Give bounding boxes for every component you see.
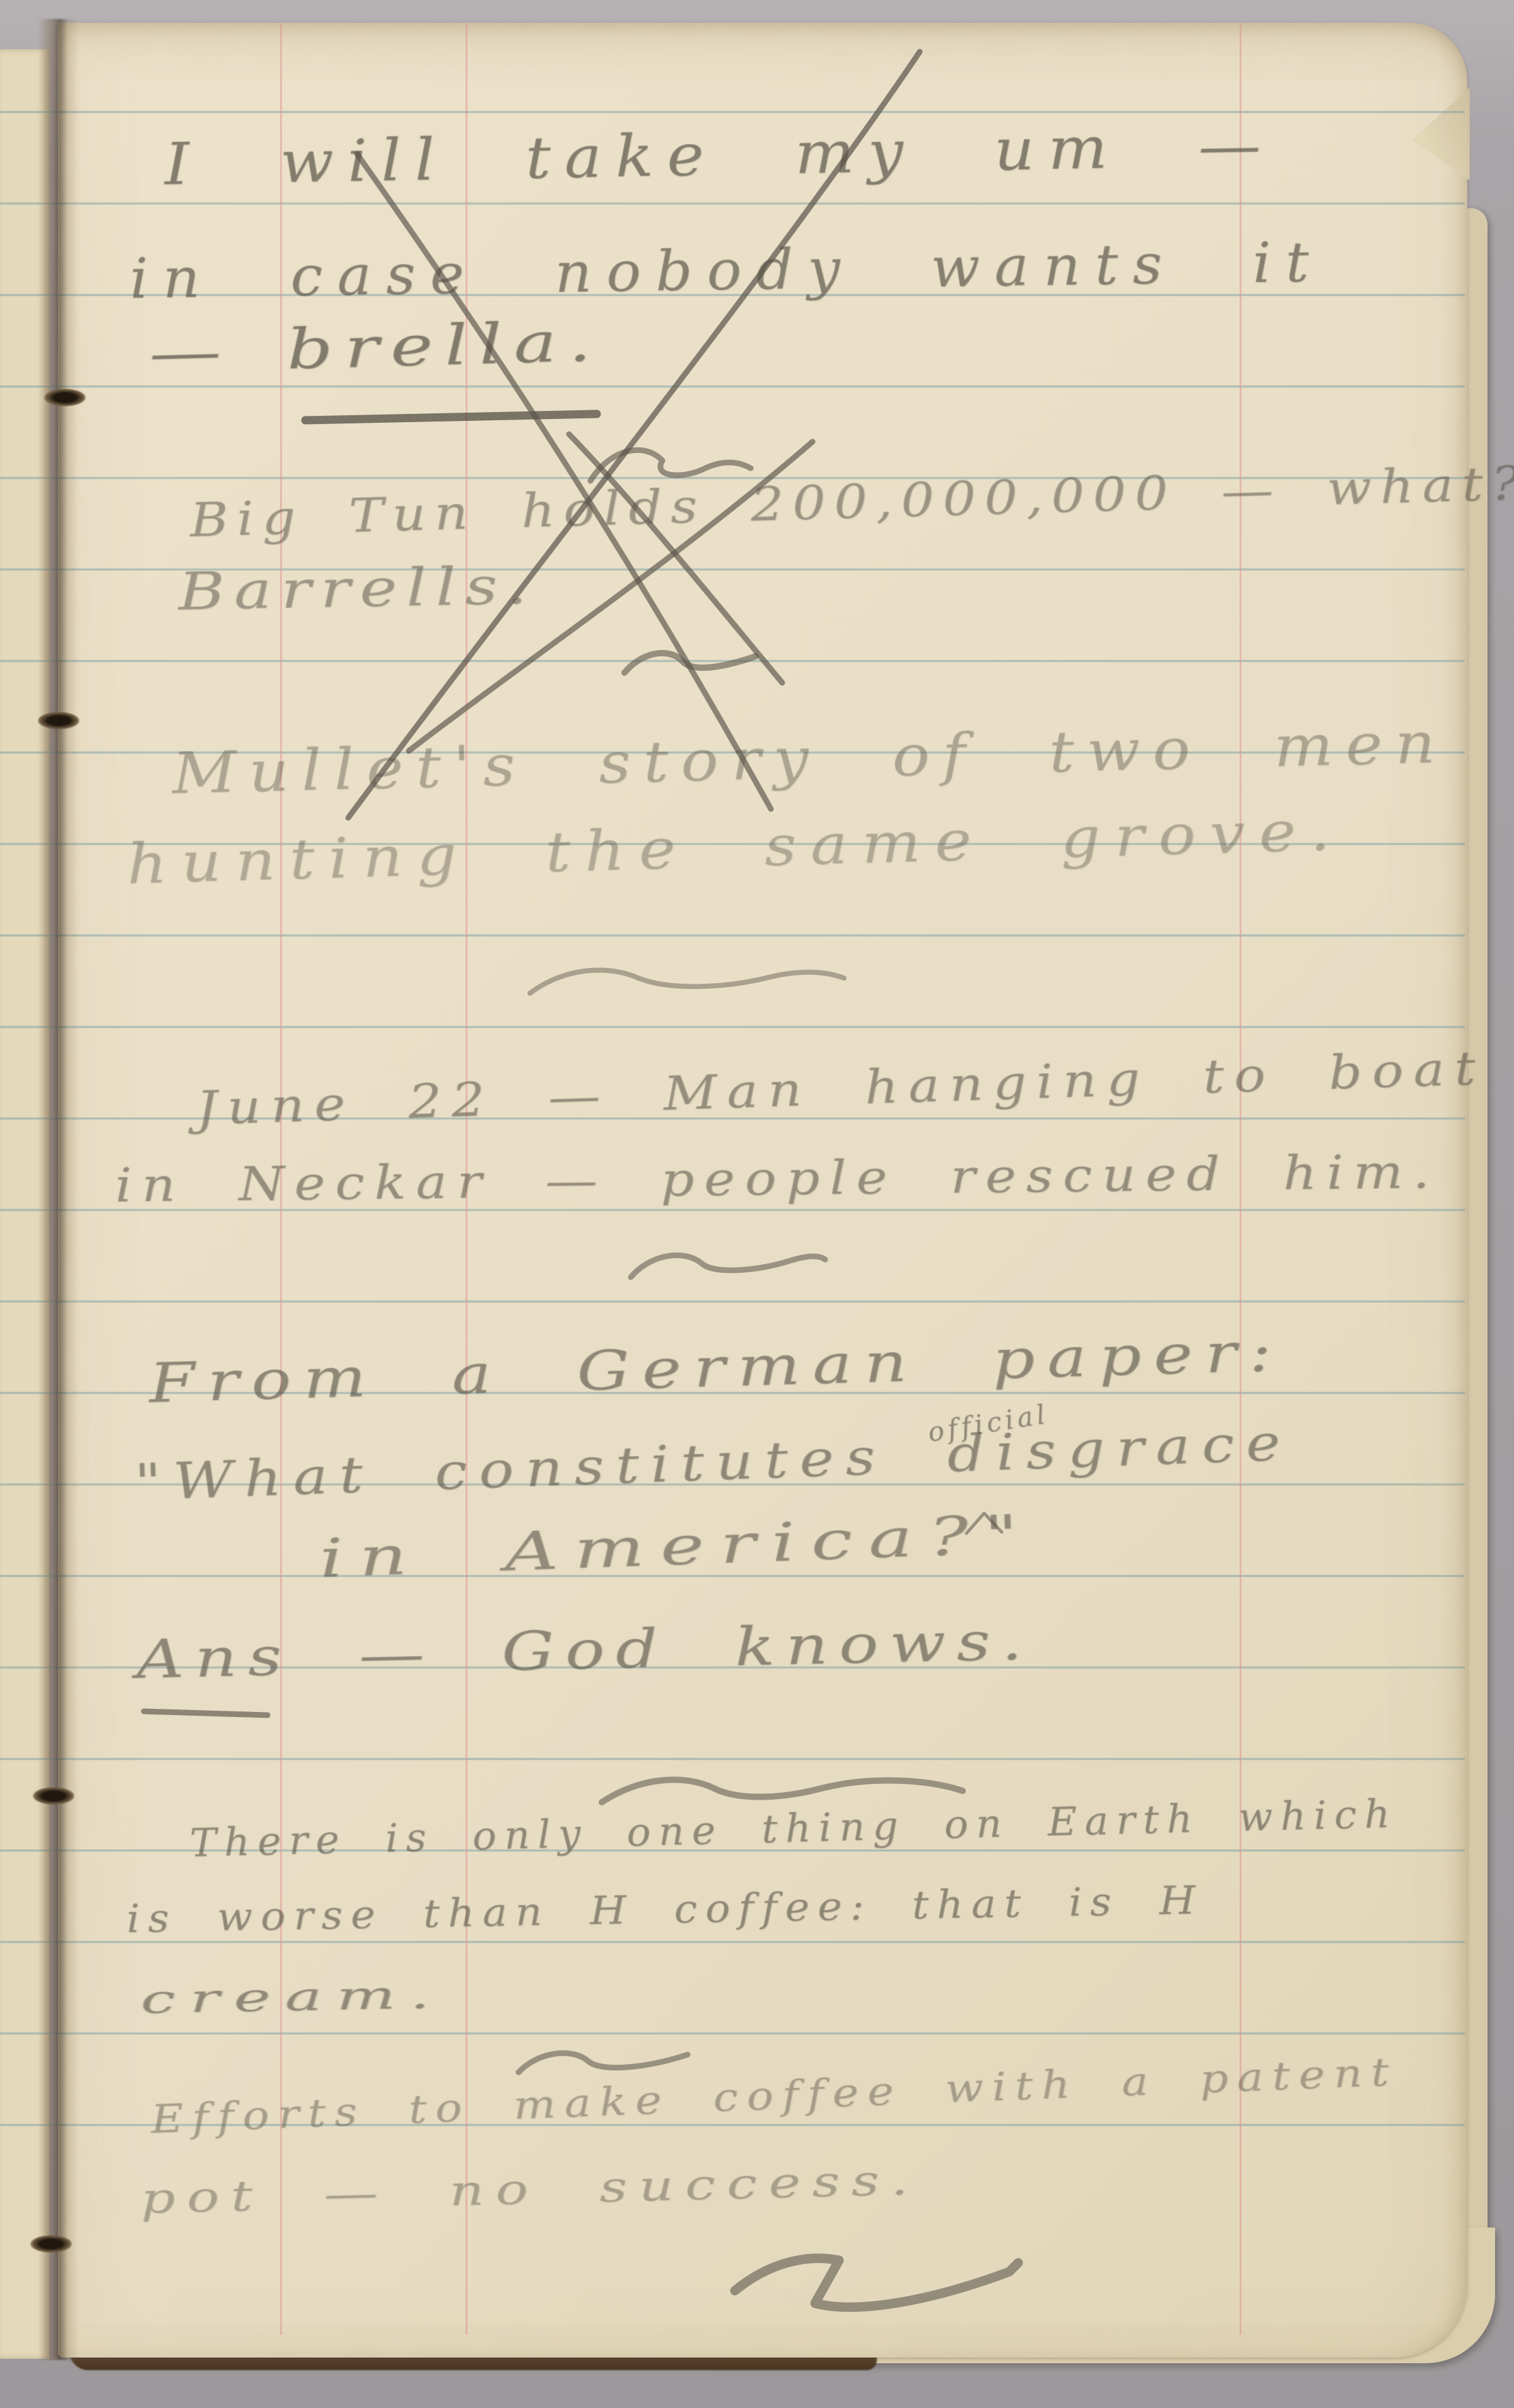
- handwriting-line: cream.: [140, 1975, 444, 2019]
- handwriting-line: Barrells.: [178, 560, 536, 618]
- handwriting-line: in Neckar — people rescued him.: [115, 1148, 1440, 1209]
- stitch-hole: [44, 389, 86, 406]
- stitch-hole: [30, 2235, 72, 2253]
- stitch-hole: [33, 1787, 74, 1805]
- scanned-notebook-photo: I will take my um — in case nobody wants…: [0, 0, 1514, 2408]
- stitch-hole: [38, 712, 79, 729]
- handwriting-line: — brella.: [148, 314, 603, 381]
- binding-gutter: [38, 19, 78, 2360]
- handwriting-line: in case nobody wants it: [129, 235, 1323, 307]
